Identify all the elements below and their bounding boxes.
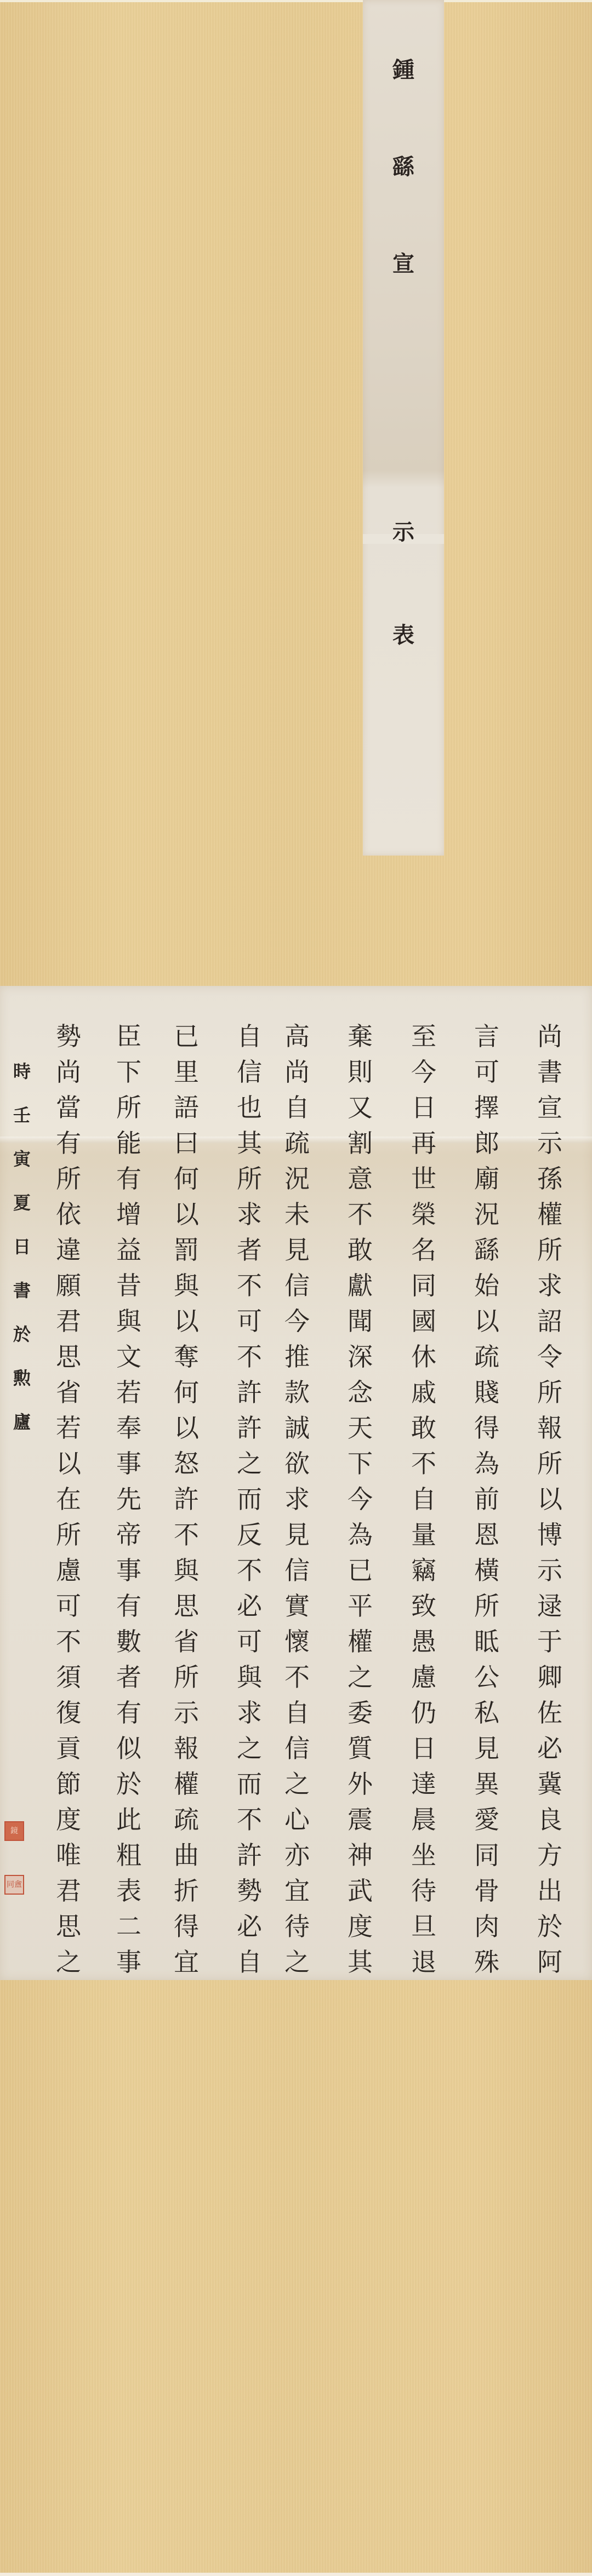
calligraphy-char: 自 [411,1482,436,1517]
calligraphy-char: 思 [56,1909,81,1944]
calligraphy-char: 始 [474,1268,499,1304]
calligraphy-char: 可 [474,1054,499,1090]
calligraphy-char: 而 [237,1766,262,1802]
calligraphy-char: 愛 [474,1802,499,1838]
calligraphy-char: 反 [237,1517,262,1553]
calligraphy-char: 旦 [411,1909,436,1944]
calligraphy-char: 之 [284,1944,310,1980]
calligraphy-char: 奉 [116,1410,141,1446]
calligraphy-char: 所 [537,1232,562,1268]
calligraphy-char: 名 [411,1232,436,1268]
text-column: 高尚自疏況未見信今推款誠欲求見信實懷不自信之心亦宜待之 [278,1019,316,1980]
signature-column: 時壬寅夏日書於勲廬 [5,1063,38,1457]
calligraphy-char: 廟 [474,1161,499,1197]
calligraphy-char: 所 [56,1161,81,1197]
calligraphy-char: 待 [411,1873,436,1909]
calligraphy-char: 有 [116,1588,141,1624]
calligraphy-char: 求 [284,1482,310,1517]
calligraphy-char: 語 [174,1090,199,1126]
calligraphy-char: 尚 [284,1054,310,1090]
calligraphy-char: 委 [348,1695,373,1731]
calligraphy-char: 以 [474,1304,499,1339]
calligraphy-char: 榮 [411,1197,436,1232]
calligraphy-char: 示 [174,1695,199,1731]
calligraphy-char: 所 [116,1090,141,1126]
calligraphy-char: 已 [174,1019,199,1054]
calligraphy-char: 推 [284,1339,310,1375]
calligraphy-char: 若 [116,1375,141,1410]
calligraphy-char: 待 [284,1909,310,1944]
signature-char: 於 [13,1326,31,1343]
calligraphy-char: 示 [537,1126,562,1161]
calligraphy-char: 其 [348,1944,373,1980]
calligraphy-char: 誠 [284,1410,310,1446]
calligraphy-char: 所 [474,1588,499,1624]
calligraphy-char: 前 [474,1482,499,1517]
calligraphy-char: 至 [411,1019,436,1054]
calligraphy-char: 許 [174,1482,199,1517]
calligraphy-char: 郎 [474,1126,499,1161]
calligraphy-char: 之 [348,1660,373,1695]
calligraphy-char: 恩 [474,1517,499,1553]
calligraphy-char: 棄 [348,1019,373,1054]
calligraphy-char: 必 [537,1731,562,1766]
calligraphy-char: 異 [474,1766,499,1802]
calligraphy-char: 之 [237,1446,262,1482]
calligraphy-char: 必 [237,1588,262,1624]
signature-char: 廬 [13,1413,31,1431]
calligraphy-char: 懷 [284,1624,310,1660]
calligraphy-char: 何 [174,1375,199,1410]
calligraphy-char: 書 [537,1054,562,1090]
calligraphy-char: 慮 [411,1660,436,1695]
calligraphy-char: 復 [56,1695,81,1731]
calligraphy-char: 同 [474,1838,499,1873]
calligraphy-char: 度 [348,1909,373,1944]
calligraphy-char: 已 [348,1553,373,1588]
calligraphy-char: 其 [237,1126,262,1161]
calligraphy-char: 況 [284,1161,310,1197]
calligraphy-char: 肉 [474,1909,499,1944]
calligraphy-char: 日 [411,1090,436,1126]
calligraphy-panel: 尚書宣示孫權所求詔令所報所以博示逯于卿佐必冀良方出於阿 言可擇郎廟況繇始以疏賤得… [0,986,592,1980]
calligraphy-char: 見 [284,1232,310,1268]
calligraphy-char: 得 [174,1909,199,1944]
calligraphy-char: 而 [237,1482,262,1517]
calligraphy-char: 質 [348,1731,373,1766]
calligraphy-char: 信 [237,1054,262,1090]
calligraphy-char: 冀 [537,1766,562,1802]
calligraphy-char: 先 [116,1482,141,1517]
calligraphy-char: 擇 [474,1090,499,1126]
calligraphy-char: 為 [348,1517,373,1553]
calligraphy-char: 粗 [116,1838,141,1873]
calligraphy-char: 況 [474,1197,499,1232]
calligraphy-char: 下 [116,1054,141,1090]
scroll-top-edge [0,0,592,2]
calligraphy-char: 示 [537,1553,562,1588]
signature-char: 壬 [13,1106,31,1124]
calligraphy-char: 君 [56,1304,81,1339]
calligraphy-char: 文 [116,1339,141,1375]
calligraphy-char: 國 [411,1304,436,1339]
scroll-bottom-edge [0,2573,592,2576]
calligraphy-char: 休 [411,1339,436,1375]
calligraphy-char: 唯 [56,1838,81,1873]
title-char: 繇 [363,156,444,178]
calligraphy-char: 亦 [284,1838,310,1873]
calligraphy-char: 二 [116,1909,141,1944]
calligraphy-char: 依 [56,1197,81,1232]
calligraphy-char: 許 [237,1375,262,1410]
calligraphy-char: 神 [348,1838,373,1873]
calligraphy-char: 可 [237,1304,262,1339]
calligraphy-char: 卿 [537,1660,562,1695]
calligraphy-char: 者 [237,1232,262,1268]
calligraphy-char: 良 [537,1802,562,1838]
calligraphy-char: 違 [56,1232,81,1268]
calligraphy-char: 不 [348,1197,373,1232]
title-char: 鍾 [363,59,444,81]
calligraphy-char: 割 [348,1126,373,1161]
calligraphy-char: 當 [56,1090,81,1126]
text-column: 臣下所能有增益昔與文若奉事先帝事有數者有似於此粗表二事 [110,1019,148,1980]
calligraphy-char: 出 [537,1873,562,1909]
calligraphy-char: 此 [116,1802,141,1838]
calligraphy-char: 報 [174,1731,199,1766]
calligraphy-char: 帝 [116,1517,141,1553]
calligraphy-char: 奪 [174,1339,199,1375]
calligraphy-char: 所 [174,1660,199,1695]
calligraphy-char: 今 [284,1304,310,1339]
calligraphy-char: 愚 [411,1624,436,1660]
calligraphy-char: 權 [348,1624,373,1660]
calligraphy-char: 所 [237,1161,262,1197]
title-char: 表 [363,624,444,646]
calligraphy-char: 與 [237,1660,262,1695]
calligraphy-char: 不 [237,1553,262,1588]
calligraphy-char: 以 [174,1304,199,1339]
calligraphy-char: 事 [116,1553,141,1588]
calligraphy-char: 信 [284,1553,310,1588]
calligraphy-char: 與 [174,1268,199,1304]
calligraphy-char: 里 [174,1054,199,1090]
calligraphy-char: 高 [284,1019,310,1054]
calligraphy-char: 再 [411,1126,436,1161]
calligraphy-char: 許 [237,1838,262,1873]
calligraphy-char: 於 [537,1909,562,1944]
calligraphy-char: 求 [237,1695,262,1731]
title-strip: 鍾 繇 宣 示 表 [363,0,444,856]
artist-seal: 鏡 [4,1821,24,1841]
title-char: 示 [363,521,444,543]
calligraphy-char: 節 [56,1766,81,1802]
text-column: 尚書宣示孫權所求詔令所報所以博示逯于卿佐必冀良方出於阿 [531,1019,569,1980]
calligraphy-char: 權 [174,1766,199,1802]
calligraphy-char: 臣 [116,1019,141,1054]
signature-char: 夏 [13,1194,31,1212]
calligraphy-char: 事 [116,1944,141,1980]
calligraphy-char: 私 [474,1695,499,1731]
calligraphy-char: 震 [348,1802,373,1838]
title-char: 宣 [363,253,444,275]
calligraphy-char: 念 [348,1375,373,1410]
calligraphy-char: 也 [237,1090,262,1126]
calligraphy-char: 量 [411,1517,436,1553]
calligraphy-char: 尚 [56,1054,81,1090]
calligraphy-char: 曰 [174,1126,199,1161]
calligraphy-char: 於 [116,1766,141,1802]
calligraphy-char: 報 [537,1410,562,1446]
calligraphy-char: 方 [537,1838,562,1873]
calligraphy-char: 則 [348,1054,373,1090]
calligraphy-char: 何 [174,1161,199,1197]
calligraphy-char: 今 [348,1482,373,1517]
calligraphy-char: 怒 [174,1446,199,1482]
text-column: 棄則又割意不敢獻聞深念天下今為已平權之委質外震神武度其 [341,1019,379,1980]
text-column: 已里語曰何以罰與以奪何以怒許不與思省所示報權疏曲折得宜 [167,1019,206,1980]
calligraphy-char: 度 [56,1802,81,1838]
signature-char: 書 [13,1282,31,1299]
calligraphy-char: 詔 [537,1304,562,1339]
calligraphy-char: 必 [237,1909,262,1944]
calligraphy-char: 所 [537,1375,562,1410]
text-column: 言可擇郎廟況繇始以疏賤得為前恩橫所眡公私見異愛同骨肉殊 [468,1019,506,1980]
calligraphy-char: 獻 [348,1268,373,1304]
calligraphy-char: 疏 [174,1802,199,1838]
calligraphy-char: 深 [348,1339,373,1375]
calligraphy-char: 賤 [474,1375,499,1410]
calligraphy-char: 勢 [56,1019,81,1054]
calligraphy-char: 有 [116,1695,141,1731]
calligraphy-char: 省 [174,1624,199,1660]
calligraphy-char: 以 [174,1197,199,1232]
calligraphy-char: 信 [284,1731,310,1766]
calligraphy-char: 不 [237,1268,262,1304]
calligraphy-char: 以 [174,1410,199,1446]
calligraphy-char: 不 [56,1624,81,1660]
signature-char: 日 [13,1238,31,1255]
calligraphy-char: 宣 [537,1090,562,1126]
calligraphy-char: 外 [348,1766,373,1802]
calligraphy-char: 者 [116,1660,141,1695]
calligraphy-char: 自 [284,1090,310,1126]
calligraphy-char: 日 [411,1731,436,1766]
calligraphy-char: 令 [537,1339,562,1375]
calligraphy-char: 戚 [411,1375,436,1410]
text-column: 至今日再世榮名同國休戚敢不自量竊致愚慮仍日達晨坐待旦退 [405,1019,443,1980]
calligraphy-char: 疏 [284,1126,310,1161]
calligraphy-char: 可 [56,1588,81,1624]
calligraphy-char: 不 [284,1660,310,1695]
calligraphy-char: 阿 [537,1944,562,1980]
calligraphy-char: 不 [237,1802,262,1838]
calligraphy-char: 敢 [348,1232,373,1268]
calligraphy-char: 之 [284,1766,310,1802]
calligraphy-char: 思 [56,1339,81,1375]
signature-char: 勲 [13,1369,31,1387]
calligraphy-char: 與 [174,1553,199,1588]
calligraphy-char: 信 [284,1268,310,1304]
calligraphy-char: 宜 [174,1944,199,1980]
calligraphy-char: 未 [284,1197,310,1232]
calligraphy-char: 天 [348,1410,373,1446]
calligraphy-char: 有 [116,1161,141,1197]
calligraphy-char: 慮 [56,1553,81,1588]
calligraphy-char: 見 [284,1517,310,1553]
calligraphy-char: 孫 [537,1161,562,1197]
calligraphy-char: 不 [237,1339,262,1375]
calligraphy-char: 自 [237,1944,262,1980]
calligraphy-char: 求 [537,1268,562,1304]
calligraphy-char: 致 [411,1588,436,1624]
calligraphy-char: 許 [237,1410,262,1446]
calligraphy-char: 勢 [237,1873,262,1909]
calligraphy-char: 于 [537,1624,562,1660]
calligraphy-char: 欲 [284,1446,310,1482]
calligraphy-char: 達 [411,1766,436,1802]
signature-char: 寅 [13,1150,31,1168]
calligraphy-char: 仍 [411,1695,436,1731]
calligraphy-char: 昔 [116,1268,141,1304]
calligraphy-char: 下 [348,1446,373,1482]
calligraphy-char: 平 [348,1588,373,1624]
calligraphy-char: 可 [237,1624,262,1660]
text-column: 勢尚當有所依違願君思省若以在所慮可不須復貢節度唯君思之 [49,1019,88,1980]
calligraphy-char: 見 [474,1731,499,1766]
calligraphy-char: 願 [56,1268,81,1304]
calligraphy-char: 今 [411,1054,436,1090]
calligraphy-char: 君 [56,1873,81,1909]
calligraphy-char: 若 [56,1410,81,1446]
text-column: 自信也其所求者不可不許許之而反不必可與求之而不許勢必自 [230,1019,269,1980]
calligraphy-char: 以 [56,1446,81,1482]
calligraphy-char: 敢 [411,1410,436,1446]
calligraphy-char: 為 [474,1446,499,1482]
calligraphy-char: 事 [116,1446,141,1482]
calligraphy-char: 得 [474,1410,499,1446]
calligraphy-char: 博 [537,1517,562,1553]
calligraphy-char: 同 [411,1268,436,1304]
calligraphy-char: 須 [56,1660,81,1695]
calligraphy-char: 殊 [474,1944,499,1980]
calligraphy-char: 有 [56,1126,81,1161]
calligraphy-char: 武 [348,1873,373,1909]
calligraphy-char: 繇 [474,1232,499,1268]
calligraphy-char: 能 [116,1126,141,1161]
calligraphy-char: 與 [116,1304,141,1339]
calligraphy-char: 在 [56,1482,81,1517]
calligraphy-char: 貢 [56,1731,81,1766]
calligraphy-char: 不 [174,1517,199,1553]
calligraphy-char: 坐 [411,1838,436,1873]
calligraphy-char: 言 [474,1019,499,1054]
calligraphy-char: 之 [56,1944,81,1980]
calligraphy-char: 晨 [411,1802,436,1838]
calligraphy-char: 世 [411,1161,436,1197]
signature-char: 時 [13,1063,31,1080]
calligraphy-char: 不 [411,1446,436,1482]
calligraphy-char: 表 [116,1873,141,1909]
calligraphy-char: 款 [284,1375,310,1410]
calligraphy-char: 竊 [411,1553,436,1588]
calligraphy-char: 眡 [474,1624,499,1660]
calligraphy-char: 增 [116,1197,141,1232]
calligraphy-char: 骨 [474,1873,499,1909]
calligraphy-char: 罰 [174,1232,199,1268]
calligraphy-char: 所 [56,1517,81,1553]
calligraphy-char: 意 [348,1161,373,1197]
calligraphy-char: 以 [537,1482,562,1517]
calligraphy-char: 尚 [537,1019,562,1054]
calligraphy-char: 實 [284,1588,310,1624]
calligraphy-char: 省 [56,1375,81,1410]
calligraphy-char: 又 [348,1090,373,1126]
calligraphy-char: 退 [411,1944,436,1980]
calligraphy-char: 心 [284,1802,310,1838]
calligraphy-char: 聞 [348,1304,373,1339]
calligraphy-char: 思 [174,1588,199,1624]
calligraphy-char: 橫 [474,1553,499,1588]
calligraphy-char: 自 [237,1019,262,1054]
calligraphy-char: 曲 [174,1838,199,1873]
calligraphy-char: 所 [537,1446,562,1482]
artist-seal-secondary: 同盦 [4,1875,24,1895]
calligraphy-char: 逯 [537,1588,562,1624]
calligraphy-char: 折 [174,1873,199,1909]
calligraphy-char: 佐 [537,1695,562,1731]
calligraphy-char: 疏 [474,1339,499,1375]
calligraphy-char: 自 [284,1695,310,1731]
calligraphy-char: 似 [116,1731,141,1766]
calligraphy-char: 權 [537,1197,562,1232]
calligraphy-char: 之 [237,1731,262,1766]
calligraphy-char: 求 [237,1197,262,1232]
calligraphy-char: 公 [474,1660,499,1695]
calligraphy-char: 宜 [284,1873,310,1909]
calligraphy-char: 數 [116,1624,141,1660]
calligraphy-char: 益 [116,1232,141,1268]
